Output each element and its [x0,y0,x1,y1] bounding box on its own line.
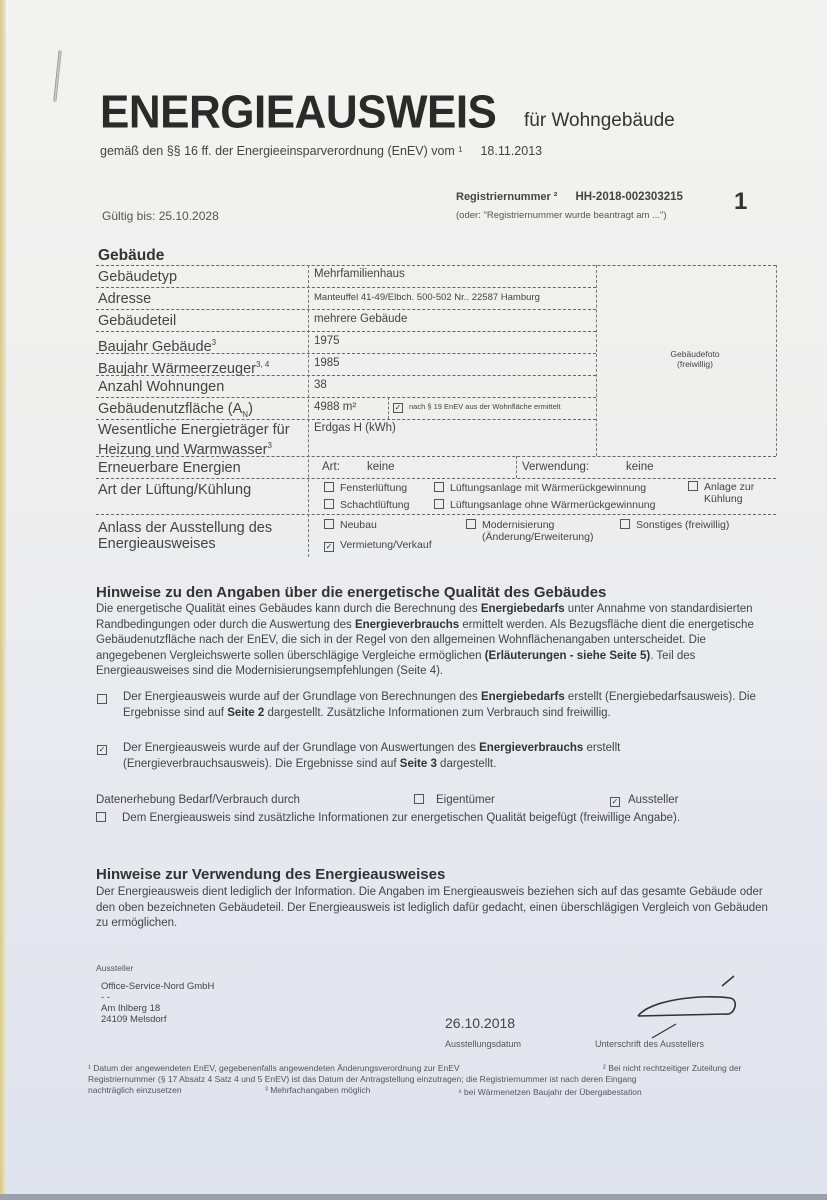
footnote-1: ¹ Datum der angewendeten EnEV, gegebenen… [88,1063,460,1073]
checkbox-checked-icon[interactable]: ✓ [610,797,620,807]
label-address: Adresse [98,291,151,307]
data-collection-label: Datenerhebung Bedarf/Verbrauch durch [96,794,300,806]
value-energy-carrier: Erdgas H (kWh) [314,422,396,434]
checkbox-icon[interactable] [97,694,107,704]
option-label: Neubau [340,519,377,531]
checkbox-icon[interactable] [620,519,630,529]
text: dargestellt. [437,758,496,770]
option-label: Vermietung/Verkauf [340,539,432,551]
text-bold: Seite 3 [400,758,437,770]
label-building-type: Gebäudetyp [98,269,177,285]
label-building-part: Gebäudeteil [98,313,176,329]
floor-area-check-note: nach § 19 EnEV aus der Wohnfläche ermitt… [409,402,561,411]
option-label: Schachtlüftung [340,499,409,511]
footnote-4: ⁴ bei Wärmenetzen Baujahr der Übergabest… [458,1087,642,1097]
label-energy-carrier-line1: Wesentliche Energieträger für [98,422,290,438]
checkbox-checked-icon[interactable]: ✓ [393,403,403,413]
building-photo-placeholder: Gebäudefoto (freiwillig) [640,349,750,369]
issuer-dash: - - [101,992,214,1003]
issuer-label: Aussteller [96,963,133,973]
checkbox-icon[interactable] [414,794,424,804]
label-energy-carrier-line2: Heizung und Warmwasser [98,442,268,458]
option-label: Dem Energieausweis sind zusätzliche Info… [122,812,680,824]
floor-area-check[interactable]: ✓nach § 19 EnEV aus der Wohnfläche ermit… [393,402,561,413]
footnote-2-line2: Registriernummer (§ 17 Absatz 4 Satz 4 u… [88,1074,637,1084]
footnote-ref: 3 [212,338,216,347]
option-shaft-ventilation[interactable]: Schachtlüftung [324,499,409,511]
option-cooling[interactable]: Anlage zur Kühlung [688,481,764,505]
label-renewable: Erneuerbare Energien [98,460,241,476]
label-year-built: Baujahr Gebäude3 [98,335,216,355]
text: Die energetische Qualität eines Gebäudes… [96,603,481,615]
label-apartments: Anzahl Wohnungen [98,379,224,395]
regulation-text: gemäß den §§ 16 ff. der Energieeinsparve… [100,144,462,158]
page-number: 1 [734,188,747,216]
photo-note: (freiwillig) [640,359,750,369]
document-subtitle: für Wohngebäude [524,110,675,132]
label-reason-line2: Energieausweises [98,536,216,552]
footnote-ref: 3 [268,441,272,450]
value-apartments: 38 [314,379,327,391]
footnote-2-line3: nachträglich einzusetzen [88,1085,182,1095]
signature-label: Unterschrift des Ausstellers [595,1039,704,1049]
issuer-city: 24109 Melsdorf [101,1014,214,1025]
footnote-3: ³ Mehrfachangaben möglich [265,1085,370,1095]
option-label: Lüftungsanlage ohne Wärmerückgewinnung [450,499,655,511]
option-label: Modernisierung [482,519,554,531]
footnote-ref: 3, 4 [256,360,269,369]
issue-date: 26.10.2018 [445,1015,515,1031]
registration-note: (oder: "Registriernummer wurde beantragt… [456,210,667,221]
option-demand-certificate: Der Energieausweis wurde auf der Grundla… [123,690,768,721]
option-new-building[interactable]: Neubau [324,519,377,531]
option-ventilation-with-recovery[interactable]: Lüftungsanlage mit Wärmerückgewinnung [434,482,646,494]
option-rental-sale[interactable]: ✓Vermietung/Verkauf [324,539,432,552]
text-bold: Energiebedarfs [481,691,565,703]
value-year-heater: 1985 [314,357,340,369]
quality-notes-title: Hinweise zu den Angaben über die energet… [96,584,606,601]
option-owner[interactable]: Eigentümer [414,794,495,806]
value-address: Manteuffel 41-49/Elbch. 500-502 Nr.. 225… [314,292,540,303]
registration-number: HH-2018-002303215 [575,191,682,203]
document-title: ENERGIEAUSWEIS [100,87,496,140]
option-label: Lüftungsanlage mit Wärmerückgewinnung [450,482,646,494]
signature-icon [630,970,750,1040]
option-window-ventilation[interactable]: Fensterlüftung [324,482,407,494]
label-energy-carrier: Wesentliche Energieträger fürHeizung und… [98,422,290,458]
checkbox-icon[interactable] [96,812,106,822]
text: Der Energieausweis wurde auf der Grundla… [123,742,479,754]
option-consumption-certificate: Der Energieausweis wurde auf der Grundla… [123,741,768,772]
value-floor-area: 4988 m² [314,401,356,413]
text-bold: Seite 2 [227,707,264,719]
regulation-line: gemäß den §§ 16 ff. der Energieeinsparve… [100,144,542,158]
label-year-heater: Baujahr Wärmeerzeuger3, 4 [98,357,269,377]
usage-notes-title: Hinweise zur Verwendung des Energieauswe… [96,866,445,883]
checkbox-icon[interactable] [434,499,444,509]
renewable-art-label: Art: [322,461,340,473]
renewable-use-label: Verwendung: [522,461,589,473]
issuer-address: Office-Service-Nord GmbH - - Am Ihlberg … [101,981,214,1025]
checkbox-icon[interactable] [466,519,476,529]
photo-label: Gebäudefoto [640,349,750,359]
label-reason: Anlass der Ausstellung desEnergieausweis… [98,520,272,552]
registration: Registriernummer ²HH-2018-002303215 [456,191,683,203]
issuer-street: Am Ihlberg 18 [101,1003,214,1014]
label-floor-area-end: ) [248,401,253,417]
option-label-2: (Änderung/Erweiterung) [482,531,593,543]
value-year-built: 1975 [314,335,340,347]
staple-icon [53,50,61,102]
paper-edge [0,0,6,1200]
checkbox-icon[interactable] [324,519,334,529]
quality-notes-text: Die energetische Qualität eines Gebäudes… [96,602,776,680]
text-bold: Energiebedarfs [481,603,565,615]
option-label: Fensterlüftung [340,482,407,494]
text: dargestellt. Zusätzliche Informationen z… [264,707,610,719]
checkbox-checked-icon[interactable]: ✓ [97,745,107,755]
issue-date-label: Ausstellungsdatum [445,1039,521,1049]
text-bold: Energieverbrauchs [355,619,459,631]
checkbox-icon[interactable] [434,482,444,492]
footnote-2-line1: ² Bei nicht rechtzeitiger Zuteilung der [603,1063,741,1073]
option-issuer[interactable]: ✓Aussteller [610,794,679,807]
option-label: Sonstiges (freiwillig) [636,519,729,531]
checkbox-icon[interactable] [324,482,334,492]
building-section-title: Gebäude [98,247,164,265]
registration-label: Registriernummer ² [456,191,557,203]
option-other[interactable]: Sonstiges (freiwillig) [620,519,729,531]
paper-bottom-shadow [0,1194,827,1200]
label-floor-area-text: Gebäudenutzfläche (A [98,401,242,417]
option-ventilation-without-recovery[interactable]: Lüftungsanlage ohne Wärmerückgewinnung [434,499,655,511]
checkbox-checked-icon[interactable]: ✓ [324,542,334,552]
checkbox-icon[interactable] [688,481,698,491]
renewable-use-value: keine [626,461,654,473]
label-floor-area: Gebäudenutzfläche (AN) [98,401,253,423]
value-building-part: mehrere Gebäude [314,313,407,325]
text: Der Energieausweis wurde auf der Grundla… [123,691,481,703]
usage-notes-text: Der Energieausweis dient lediglich der I… [96,885,776,932]
option-label: Eigentümer [436,794,495,806]
label-year-built-text: Baujahr Gebäude [98,339,212,355]
valid-until: Gültig bis: 25.10.2028 [102,209,219,223]
option-label: Aussteller [628,794,679,806]
text-bold: (Erläuterungen - siehe Seite 5) [485,650,651,662]
text-bold: Energieverbrauchs [479,742,583,754]
option-modernization[interactable]: Modernisierung(Änderung/Erweiterung) [466,519,593,543]
option-additional-info[interactable]: Dem Energieausweis sind zusätzliche Info… [96,812,680,824]
label-reason-line1: Anlass der Ausstellung des [98,520,272,536]
label-year-heater-text: Baujahr Wärmeerzeuger [98,361,256,377]
issuer-company: Office-Service-Nord GmbH [101,981,214,992]
regulation-date: 18.11.2013 [480,144,542,158]
checkbox-icon[interactable] [324,499,334,509]
label-ventilation: Art der Lüftung/Kühlung [98,482,251,498]
value-building-type: Mehrfamilienhaus [314,268,405,280]
option-label: Anlage zur Kühlung [704,481,764,505]
renewable-art-value: keine [367,461,395,473]
